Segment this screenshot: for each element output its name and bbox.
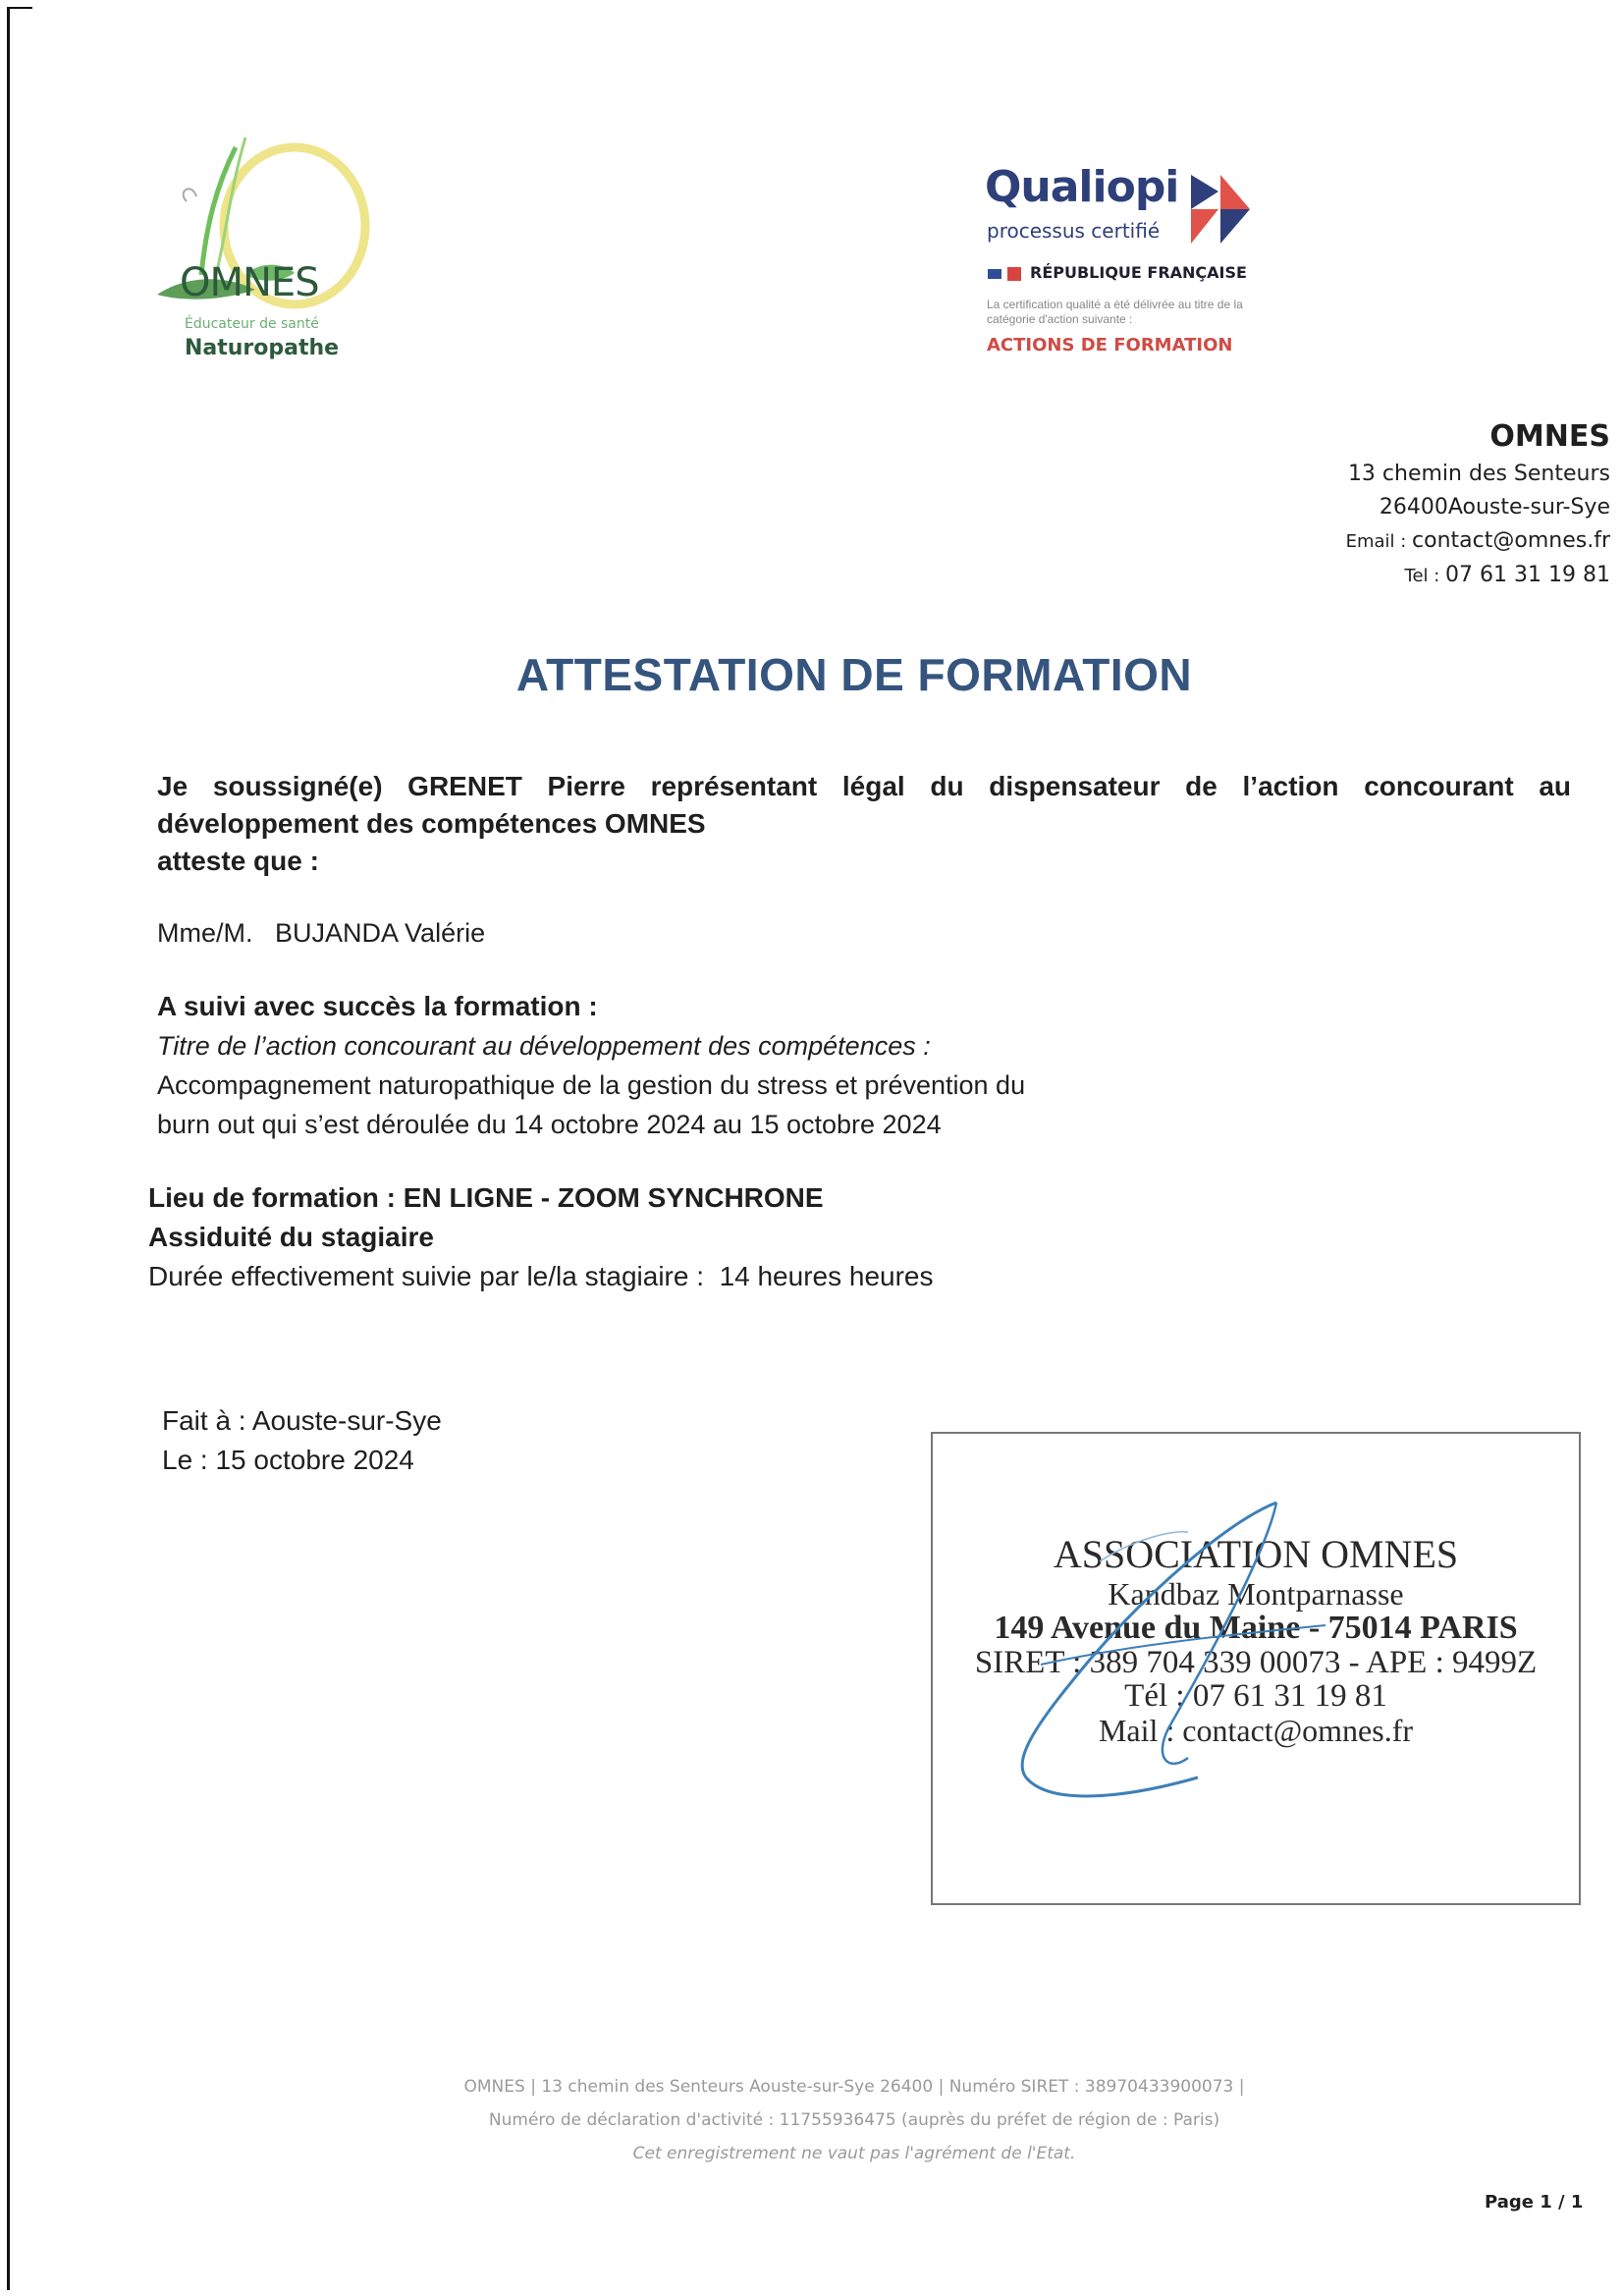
duration-label: Durée effectivement suivie par le/la sta… (148, 1261, 704, 1291)
sender-tel: 07 61 31 19 81 (1445, 563, 1610, 587)
logo-subtitle: Éducateur de santé (185, 316, 319, 332)
trainee-label: Mme/M. (157, 918, 253, 948)
place-value: Aouste-sur-Sye (252, 1405, 442, 1436)
sender-address-line1: 13 chemin des Senteurs (1346, 458, 1610, 491)
french-flag-icon (988, 267, 1027, 281)
qualiopi-description: La certification qualité a été délivrée … (987, 298, 1281, 327)
date-value: 15 octobre 2024 (215, 1445, 413, 1475)
course-heading: A suivi avec succès la formation : (157, 987, 1025, 1026)
attests-label: atteste que : (157, 843, 1571, 880)
place-line: Fait à : Aouste-sur-Sye (162, 1401, 442, 1441)
scan-border (7, 7, 10, 2290)
footer-line2: Numéro de déclaration d'activité : 11755… (0, 2104, 1623, 2137)
location-value: EN LIGNE - ZOOM SYNCHRONE (404, 1182, 824, 1213)
omnes-logo: OMNES Éducateur de santé Naturopathe (147, 128, 383, 373)
location-line: Lieu de formation : EN LIGNE - ZOOM SYNC… (148, 1178, 934, 1218)
course-title-line2: burn out qui s’est déroulée du 14 octobr… (157, 1105, 1025, 1144)
location-label: Lieu de formation : (148, 1182, 404, 1213)
stamp-signature-box: ASSOCIATION OMNES Kandbaz Montparnasse 1… (931, 1432, 1581, 1905)
sender-tel-line: Tel : 07 61 31 19 81 (1346, 559, 1610, 593)
duration-value: 14 heures heures (720, 1261, 934, 1291)
stamp-line2: Kandbaz Montparnasse (933, 1577, 1579, 1611)
stamp-line6: Mail : contact@omnes.fr (933, 1713, 1579, 1748)
scan-border-corner (7, 7, 32, 9)
page-number: Page 1 / 1 (1485, 2192, 1583, 2213)
date-line: Le : 15 octobre 2024 (162, 1441, 442, 1480)
republique-francaise: RÉPUBLIQUE FRANÇAISE (1030, 263, 1247, 282)
stamp-line3: 149 Avenue du Maine - 75014 PARIS (933, 1611, 1579, 1646)
location-section: Lieu de formation : EN LIGNE - ZOOM SYNC… (148, 1178, 934, 1296)
date-label: Le : (162, 1445, 208, 1475)
tel-label: Tel : (1405, 566, 1446, 586)
qualiopi-logo: Qualiopi processus certifié RÉPUBLIQUE F… (985, 162, 1289, 368)
footer-line1: OMNES | 13 chemin des Senteurs Aouste-su… (0, 2070, 1623, 2104)
place-label: Fait à : (162, 1405, 246, 1436)
sender-email-line: Email : contact@omnes.fr (1346, 524, 1610, 559)
qualiopi-subtitle: processus certifié (987, 219, 1160, 243)
attendance-heading: Assiduité du stagiaire (148, 1218, 934, 1257)
document-title: ATTESTATION DE FORMATION (0, 648, 1623, 701)
qualiopi-category: ACTIONS DE FORMATION (987, 335, 1232, 355)
stamp-line5: Tél : 07 61 31 19 81 (933, 1679, 1579, 1713)
sender-address-line2: 26400Aouste-sur-Sye (1346, 491, 1610, 524)
signed-at: Fait à : Aouste-sur-Sye Le : 15 octobre … (162, 1401, 442, 1480)
duration-line: Durée effectivement suivie par le/la sta… (148, 1257, 934, 1296)
page-footer: OMNES | 13 chemin des Senteurs Aouste-su… (0, 2070, 1623, 2170)
qualiopi-arrows-icon (1191, 170, 1265, 248)
course-section: A suivi avec succès la formation : Titre… (157, 987, 1025, 1144)
footer-line3: Cet enregistrement ne vaut pas l'agrémen… (0, 2137, 1623, 2170)
stamp-line1: ASSOCIATION OMNES (933, 1532, 1579, 1577)
course-title-line1: Accompagnement naturopathique de la gest… (157, 1066, 1025, 1105)
email-label: Email : (1346, 531, 1412, 552)
intro-statement: Je soussigné(e) GRENET Pierre représenta… (157, 768, 1571, 880)
trainee: Mme/M. BUJANDA Valérie (157, 918, 485, 949)
logo-wordmark: OMNES (180, 260, 319, 305)
association-stamp: ASSOCIATION OMNES Kandbaz Montparnasse 1… (933, 1532, 1579, 1748)
logo-profession: Naturopathe (185, 336, 339, 360)
qualiopi-wordmark: Qualiopi (985, 162, 1178, 212)
trainee-name: BUJANDA Valérie (275, 918, 485, 948)
sender-address: OMNES 13 chemin des Senteurs 26400Aouste… (1346, 416, 1610, 593)
intro-line: Je soussigné(e) GRENET Pierre représenta… (157, 768, 1571, 843)
sender-name: OMNES (1346, 416, 1610, 458)
sender-email: contact@omnes.fr (1412, 528, 1610, 553)
course-title-label: Titre de l’action concourant au développ… (157, 1026, 1025, 1066)
stamp-line4: SIRET : 389 704 339 00073 - APE : 9499Z (933, 1646, 1579, 1679)
